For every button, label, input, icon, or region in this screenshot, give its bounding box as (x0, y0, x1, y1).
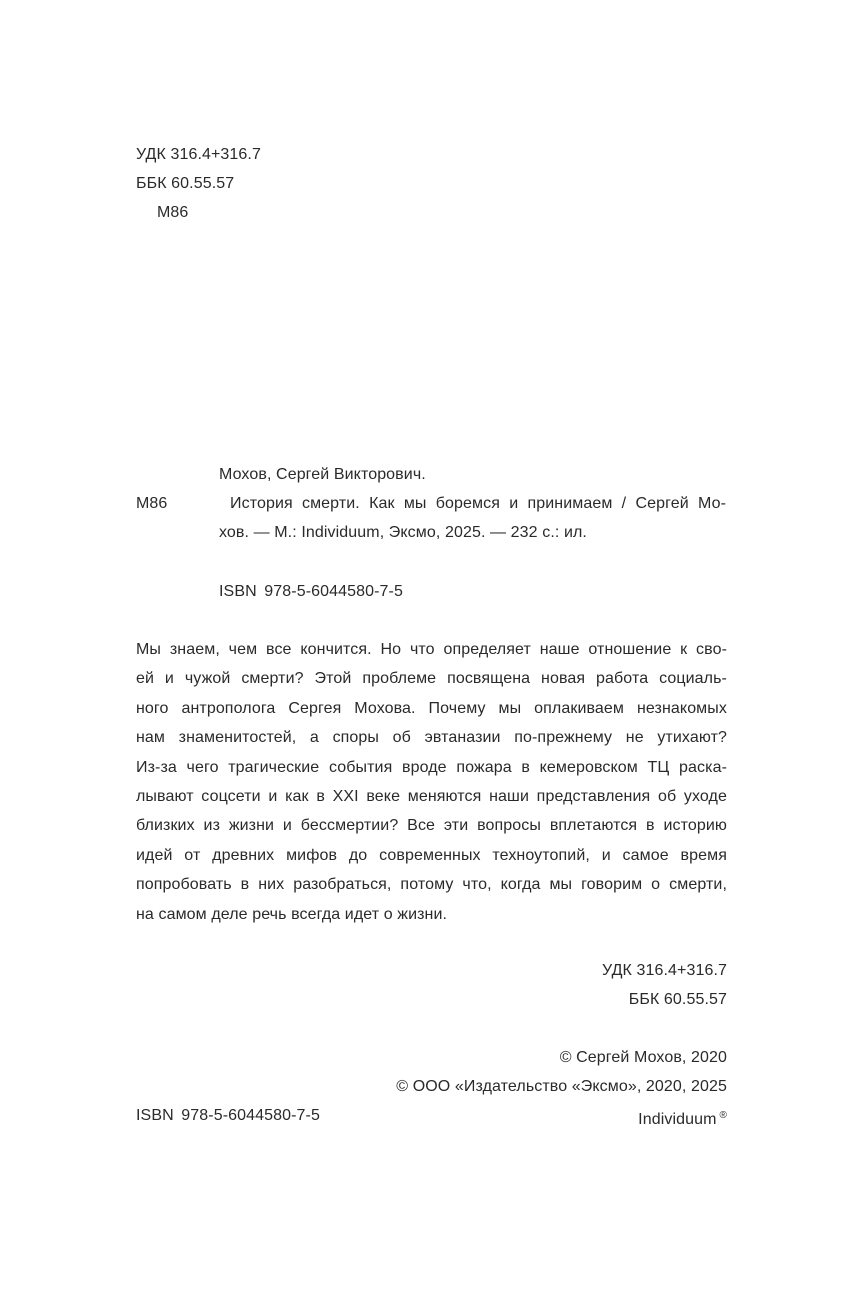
bibliographic-title-line-1: История смерти. Как мы боремся и принима… (230, 494, 726, 514)
annotation-line: нам знаменитостей, а споры об эвтаназии … (136, 728, 727, 757)
annotation-line: Мы знаем, чем все кончится. Но что опред… (136, 640, 727, 669)
registered-trademark-icon: ® (720, 1110, 727, 1121)
copyright-author: © Сергей Мохов, 2020 (560, 1048, 727, 1068)
bbk-code-top: ББК 60.55.57 (136, 174, 234, 194)
annotation-line: ей и чужой смерти? Этой проблеме посвяще… (136, 669, 727, 698)
bibliographic-author: Мохов, Сергей Викторович. (219, 465, 426, 485)
annotation-line: близких из жизни и бессмертии? Все эти в… (136, 816, 727, 845)
copyright-publisher: © ООО «Издательство «Эксмо», 2020, 2025 (396, 1077, 727, 1097)
brand-name: Individuum (638, 1111, 716, 1128)
annotation-line: Из-за чего трагические события вроде пож… (136, 758, 727, 787)
annotation-line: ного антрополога Сергея Мохова. Почему м… (136, 699, 727, 728)
annotation-line: на самом деле речь всегда идет о жизни. (136, 905, 727, 934)
isbn-record: ISBN 978-5-6044580-7-5 (219, 582, 403, 602)
bbk-code-bottom: ББК 60.55.57 (629, 990, 727, 1010)
author-mark-record: М86 (136, 494, 167, 514)
author-mark-top: М86 (157, 203, 188, 223)
udk-code-top: УДК 316.4+316.7 (136, 145, 261, 165)
annotation-line: идей от древних мифов до современных тех… (136, 846, 727, 875)
publisher-brand: Individuum® (638, 1106, 727, 1130)
isbn-footer: ISBN 978-5-6044580-7-5 (136, 1106, 320, 1126)
annotation-line: попробовать в них разобраться, потому чт… (136, 875, 727, 904)
annotation-line: лывают соцсети и как в XXI веке меняются… (136, 787, 727, 816)
annotation-paragraph: Мы знаем, чем все кончится. Но что опред… (136, 640, 727, 934)
bibliographic-title-line-2: хов. — М.: Individuum, Эксмо, 2025. — 23… (219, 523, 587, 543)
udk-code-bottom: УДК 316.4+316.7 (602, 961, 727, 981)
